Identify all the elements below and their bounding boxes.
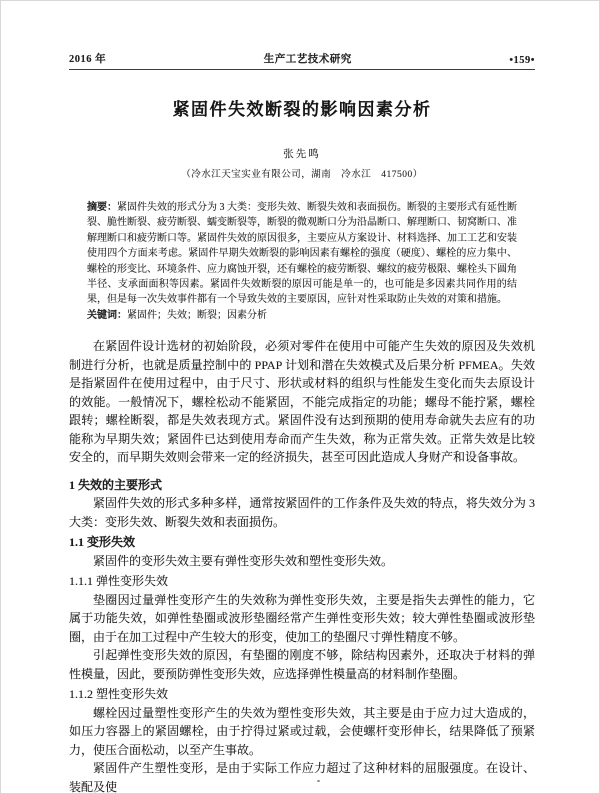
article-author: 张先鸣 — [69, 146, 535, 161]
section-paragraph: 垫圈因过量弹性变形产生的失效称为弹性变形失效，主要是指失去弹性的能力，它属于功能… — [69, 591, 535, 647]
abstract-text: 紧固件失效的形式分为 3 大类：变形失效、断裂失效和表面损伤。断裂的主要形式有延… — [87, 202, 517, 305]
intro-paragraph: 在紧固件设计选材的初始阶段，必须对零件在使用中可能产生失效的原因及失效机制进行分… — [69, 337, 535, 467]
section-paragraph: 紧固件失效的形式多种多样，通常按紧固件的工作条件及失效的特点，将失效分为 3 大… — [69, 494, 535, 531]
journal-page: 2016 年 生产工艺技术研究 •159• 紧固件失效断裂的影响因素分析 张先鸣… — [0, 0, 600, 794]
article-affiliation: （冷水江天宝实业有限公司，湖南 冷水江 417500） — [69, 166, 535, 180]
keywords-line: 关键词：紧固件；失效；断裂；因素分析 — [87, 308, 517, 323]
section-heading-plastic-deformation: 1.1.2 塑性变形失效 — [69, 685, 535, 704]
abstract-block: 摘要：紧固件失效的形式分为 3 大类：变形失效、断裂失效和表面损伤。断裂的主要形… — [87, 200, 517, 323]
section-heading-deformation-failure: 1.1 变形失效 — [69, 533, 535, 552]
section-heading-elastic-deformation: 1.1.1 弹性变形失效 — [69, 572, 535, 591]
keywords-label: 关键词： — [87, 310, 127, 321]
section-paragraph: 螺栓因过量塑性变形产生的失效为塑性变形失效，其主要是由于应力过大造成的，如压力容… — [69, 704, 535, 760]
page-header: 2016 年 生产工艺技术研究 •159• — [69, 51, 535, 70]
header-year: 2016 年 — [69, 51, 106, 66]
section-heading-failure-forms: 1 失效的主要形式 — [69, 476, 535, 495]
section-paragraph: 紧固件产生塑性变形，是由于实际工作应力超过了这种材料的屈服强度。在设计、装配及使 — [69, 759, 535, 794]
article-title: 紧固件失效断裂的影响因素分析 — [69, 95, 535, 120]
section-paragraph: 引起弹性变形失效的原因，有垫圈的刚度不够，除结构因素外，还取决于材料的弹性模量，… — [69, 646, 535, 683]
abstract-paragraph: 摘要：紧固件失效的形式分为 3 大类：变形失效、断裂失效和表面损伤。断裂的主要形… — [87, 200, 517, 308]
article-body: 在紧固件设计选材的初始阶段，必须对零件在使用中可能产生失效的原因及失效机制进行分… — [69, 337, 535, 794]
abstract-label: 摘要： — [87, 202, 117, 213]
header-page-number: •159• — [509, 55, 535, 66]
scan-speck-artifact — [317, 780, 320, 782]
keywords-text: 紧固件；失效；断裂；因素分析 — [127, 310, 267, 321]
header-journal-section: 生产工艺技术研究 — [264, 51, 352, 66]
section-paragraph: 紧固件的变形失效主要有弹性变形失效和塑性变形失效。 — [69, 552, 535, 571]
